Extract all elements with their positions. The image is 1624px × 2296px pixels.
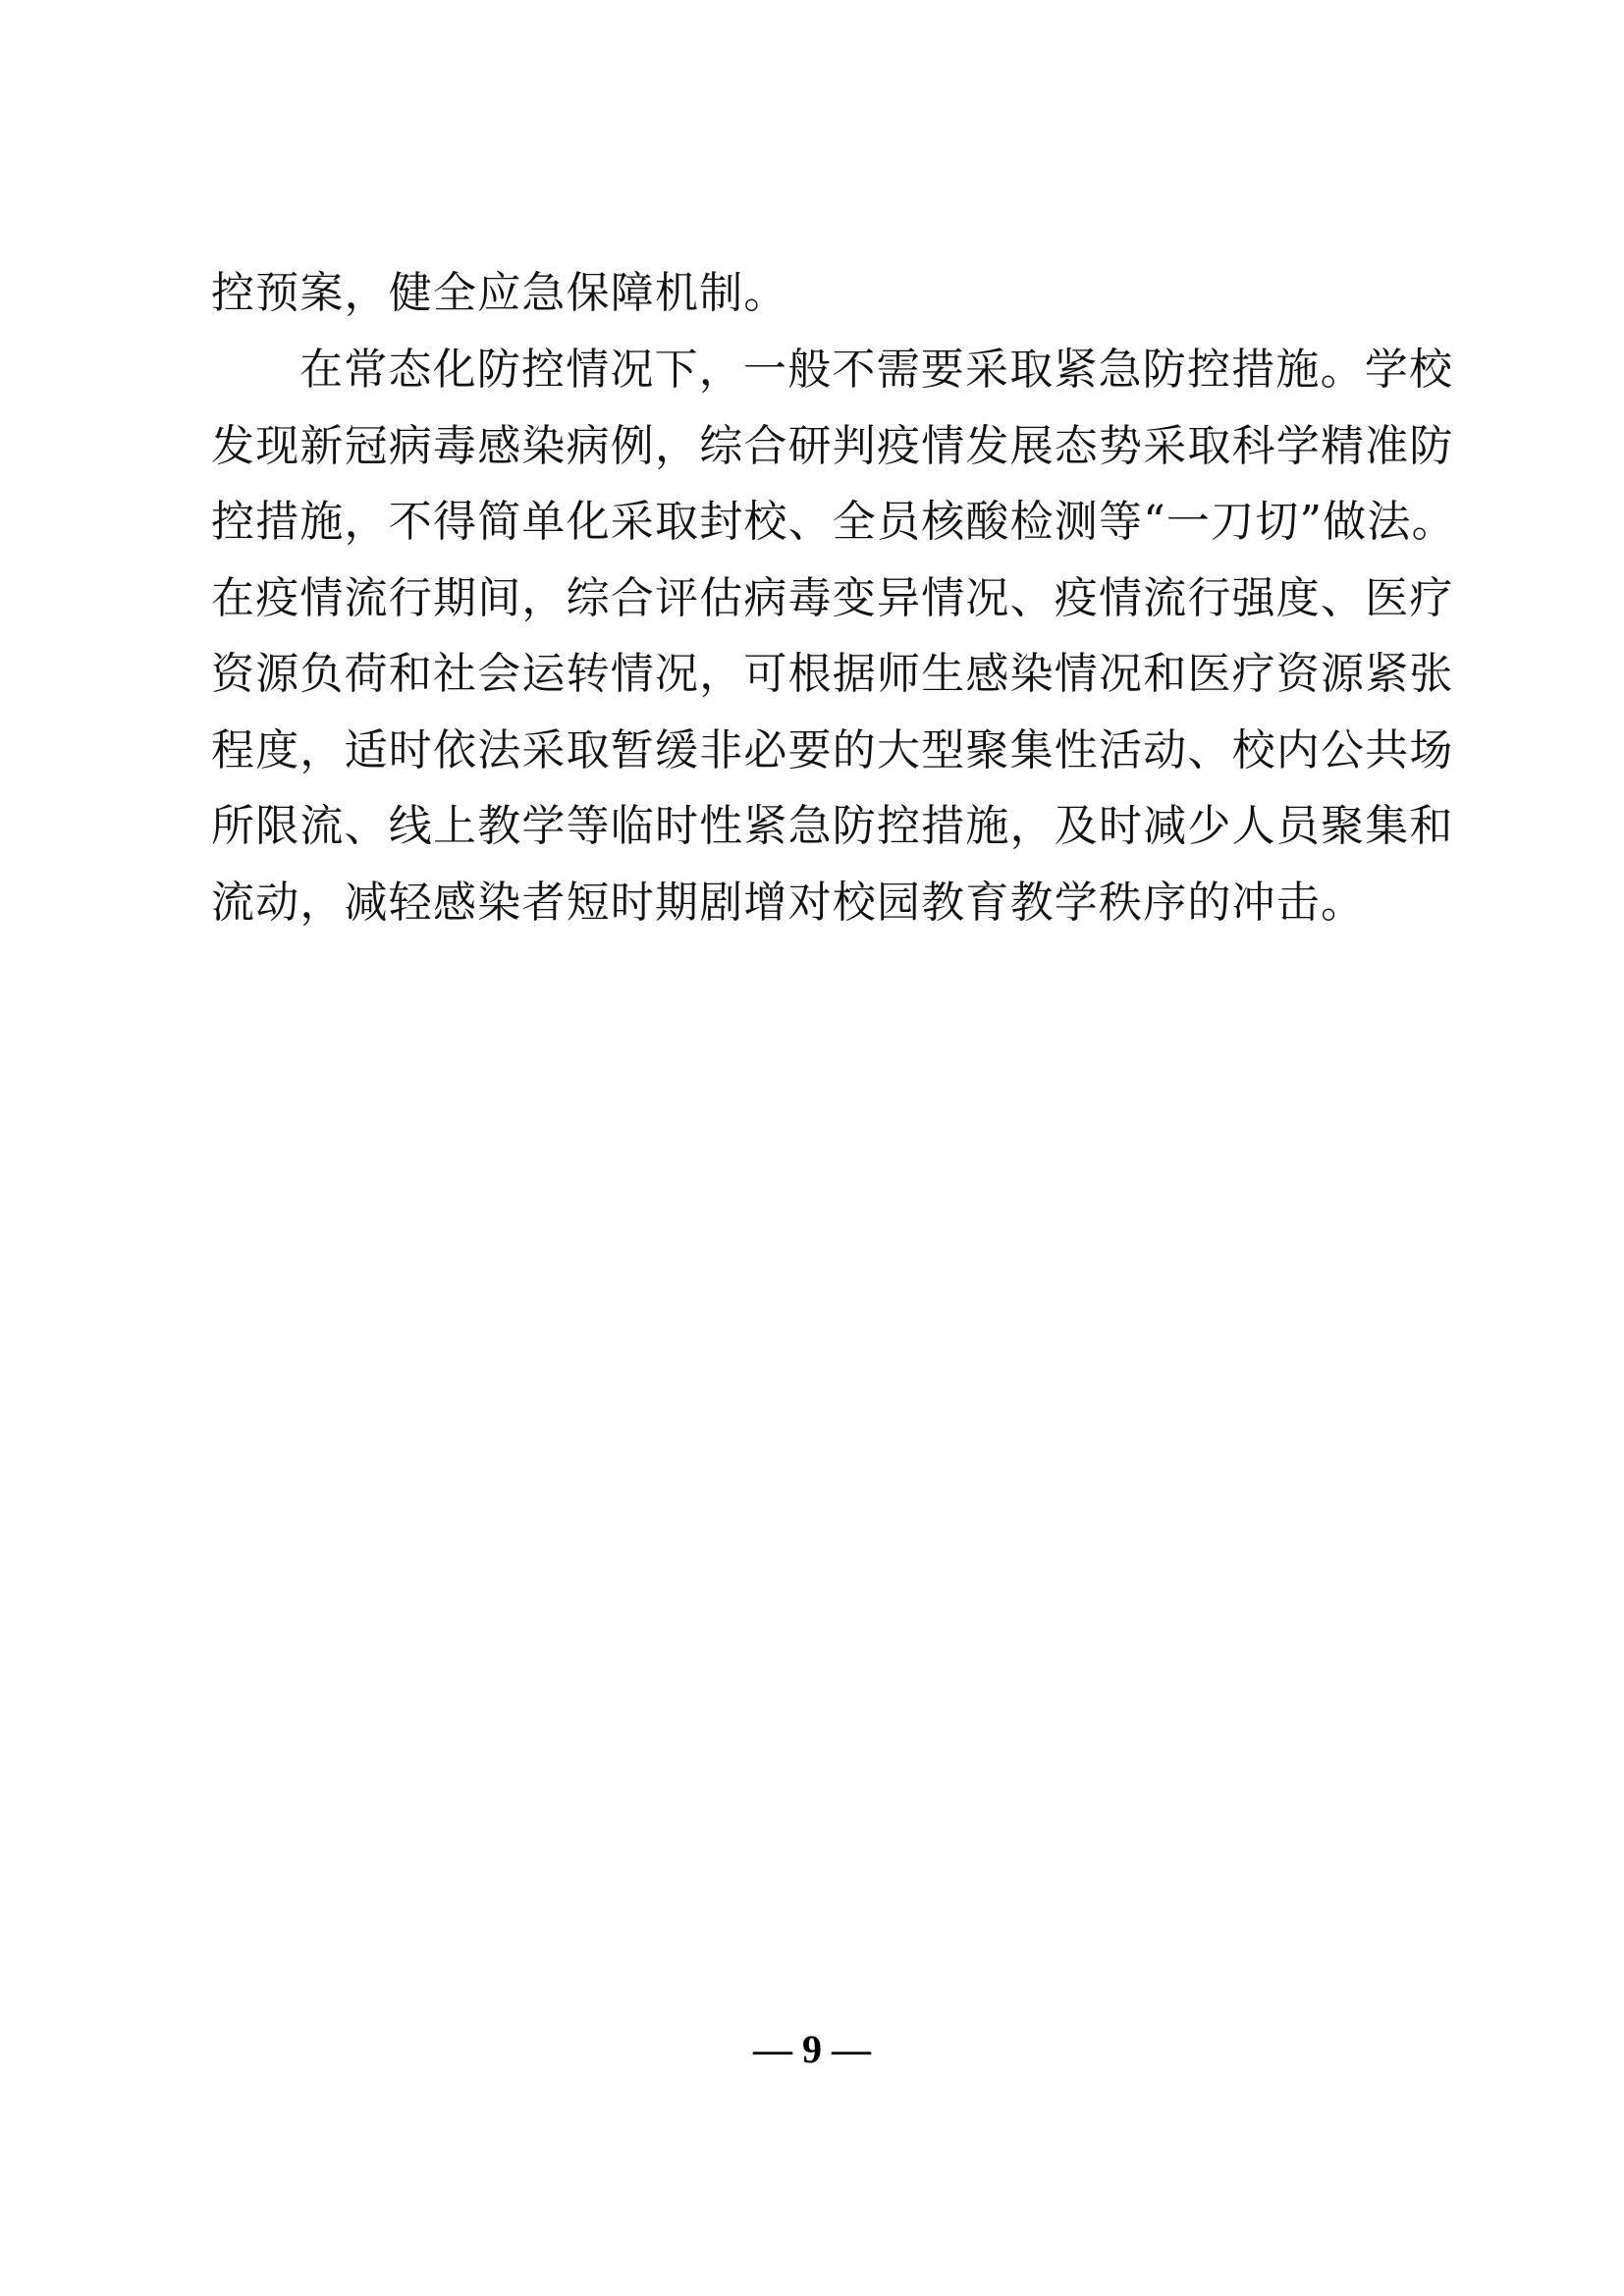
paragraph-line: 流动，减轻感染者短时期剧增对校园教育教学秩序的冲击。 bbox=[211, 864, 1365, 942]
paragraph-line: 程度，适时依法采取暂缓非必要的大型聚集性活动、校内公共场 bbox=[211, 712, 1454, 790]
paragraph-line: 发现新冠病毒感染病例，综合研判疫情发展态势采取科学精准防 bbox=[211, 407, 1454, 486]
paragraph-line: 控预案，健全应急保障机制。 bbox=[211, 254, 788, 333]
document-page: 控预案，健全应急保障机制。 在常态化防控情况下，一般不需要采取紧急防控措施。学校… bbox=[0, 0, 1624, 2296]
paragraph-line: 控措施，不得简单化采取封校、全员核酸检测等“一刀切”做法。 bbox=[211, 483, 1456, 561]
paragraph-line: 所限流、线上教学等临时性紧急防控措施，及时减少人员聚集和 bbox=[211, 787, 1454, 866]
paragraph-line: 在疫情流行期间，综合评估病毒变异情况、疫情流行强度、医疗 bbox=[211, 560, 1454, 638]
page-number: — 9 — bbox=[0, 2022, 1624, 2077]
paragraph-line: 在常态化防控情况下，一般不需要采取紧急防控措施。学校 bbox=[299, 331, 1453, 409]
paragraph-line: 资源负荷和社会运转情况，可根据师生感染情况和医疗资源紧张 bbox=[211, 635, 1454, 714]
